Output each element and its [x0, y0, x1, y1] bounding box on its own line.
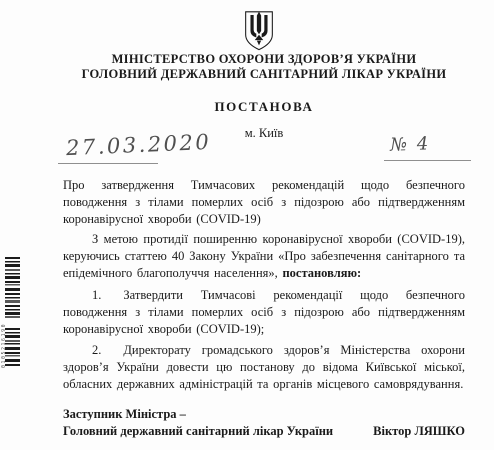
signer-position: Заступник Міністра – Головний державний …	[63, 406, 333, 440]
resolution-item-1: 1.Затвердити Тимчасові рекомендації щодо…	[63, 287, 465, 338]
item-text: Затвердити Тимчасові рекомендації щодо б…	[63, 288, 465, 336]
document-page: МІНІСТЕРСТВО ОХОРОНИ ЗДОРОВ’Я УКРАЇНИ ГО…	[0, 0, 494, 450]
signer-name: Віктор ЛЯШКО	[373, 423, 465, 440]
date-underline	[58, 163, 158, 164]
barcode-digits: 0105216190	[1, 323, 7, 368]
signer-position-line2: Головний державний санітарний лікар Укра…	[63, 423, 333, 440]
preamble-paragraph: З метою протидії поширенню коронавірусно…	[63, 231, 465, 282]
item-text: Директорату громадського здоров’я Мініст…	[63, 343, 465, 391]
item-number: 1.	[92, 288, 101, 302]
handwritten-date: 27.03.2020	[66, 130, 212, 160]
document-type-title: ПОСТАНОВА	[63, 99, 465, 115]
preamble-text: З метою протидії поширенню коронавірусно…	[63, 232, 465, 280]
number-underline	[384, 160, 471, 161]
resolution-item-2: 2.Директорату громадського здоров’я Міні…	[63, 342, 465, 393]
item-number: 2.	[92, 343, 101, 357]
issuer-name: ГОЛОВНИЙ ДЕРЖАВНИЙ САНІТАРНИЙ ЛІКАР УКРА…	[63, 67, 465, 81]
handwritten-number: № 4	[390, 133, 431, 155]
ukraine-trident-emblem-icon	[243, 9, 275, 53]
signature-block: Заступник Міністра – Головний державний …	[63, 406, 465, 440]
document-subject: Про затвердження Тимчасових рекомендацій…	[63, 177, 465, 228]
resolve-word: постановляю:	[282, 266, 361, 280]
ministry-name: МІНІСТЕРСТВО ОХОРОНИ ЗДОРОВ’Я УКРАЇНИ	[63, 52, 465, 66]
registration-barcode-icon	[5, 257, 20, 367]
signer-position-line1: Заступник Міністра –	[63, 406, 333, 423]
